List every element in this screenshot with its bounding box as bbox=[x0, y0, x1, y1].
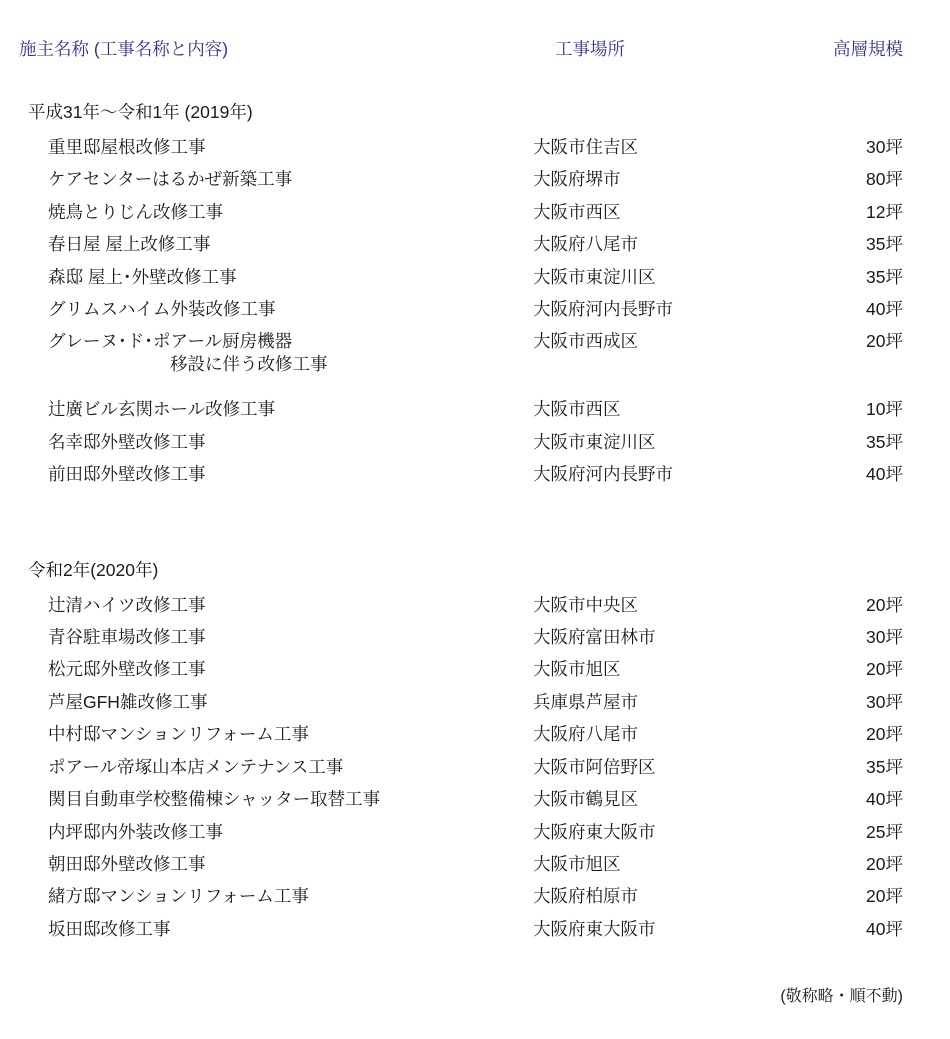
project-name: 重里邸屋根改修工事 bbox=[48, 137, 206, 157]
year-section: 平成31年～令和1年 (2019年) 重里邸屋根改修工事 大阪市住吉区 30坪 … bbox=[19, 103, 903, 491]
project-name-cell: 坂田邸改修工事 bbox=[48, 913, 533, 945]
project-scale: 20坪 bbox=[866, 589, 903, 621]
table-row: 内坪邸内外装改修工事 大阪府東大阪市 25坪 bbox=[19, 816, 903, 848]
project-name-line2: 移設に伴う改修工事 bbox=[48, 353, 533, 376]
footer-note: (敬称略・順不動) bbox=[19, 987, 903, 1006]
table-row: 森邸 屋上･外壁改修工事 大阪市東淀川区 35坪 bbox=[19, 261, 903, 293]
table-row: 関目自動車学校整備棟シャッター取替工事 大阪市鶴見区 40坪 bbox=[19, 783, 903, 815]
project-scale: 20坪 bbox=[866, 718, 903, 750]
project-name-cell: 青谷駐車場改修工事 bbox=[48, 621, 533, 653]
project-location: 大阪市阿倍野区 bbox=[533, 751, 866, 783]
table-row: グリムスハイム外装改修工事 大阪府河内長野市 40坪 bbox=[19, 293, 903, 325]
project-name-cell: 関目自動車学校整備棟シャッター取替工事 bbox=[48, 783, 533, 815]
project-scale: 20坪 bbox=[866, 848, 903, 880]
project-location: 大阪市西成区 bbox=[533, 330, 866, 376]
project-scale: 30坪 bbox=[866, 686, 903, 718]
project-scale: 35坪 bbox=[866, 751, 903, 783]
project-location: 大阪府東大阪市 bbox=[533, 816, 866, 848]
table-row: 春日屋 屋上改修工事 大阪府八尾市 35坪 bbox=[19, 228, 903, 260]
project-scale: 40坪 bbox=[866, 913, 903, 945]
project-scale: 10坪 bbox=[866, 393, 903, 425]
project-scale: 20坪 bbox=[866, 653, 903, 685]
project-scale: 20坪 bbox=[866, 330, 903, 376]
project-scale: 20坪 bbox=[866, 880, 903, 912]
project-name: 関目自動車学校整備棟シャッター取替工事 bbox=[48, 789, 380, 809]
project-location: 大阪府東大阪市 bbox=[533, 913, 866, 945]
project-scale: 40坪 bbox=[866, 783, 903, 815]
project-location: 大阪府河内長野市 bbox=[533, 293, 866, 325]
project-location: 大阪府富田林市 bbox=[533, 621, 866, 653]
project-name-cell: ポアール帝塚山本店メンテナンス工事 bbox=[48, 751, 533, 783]
project-scale: 30坪 bbox=[866, 131, 903, 163]
project-name: グリムスハイム外装改修工事 bbox=[48, 299, 276, 319]
project-scale: 12坪 bbox=[866, 196, 903, 228]
table-row: ケアセンターはるかぜ新築工事 大阪府堺市 80坪 bbox=[19, 163, 903, 195]
project-location: 大阪市東淀川区 bbox=[533, 426, 866, 458]
table-row: 松元邸外壁改修工事 大阪市旭区 20坪 bbox=[19, 653, 903, 685]
table-row: ポアール帝塚山本店メンテナンス工事 大阪市阿倍野区 35坪 bbox=[19, 751, 903, 783]
project-location: 大阪市旭区 bbox=[533, 653, 866, 685]
project-location: 大阪市中央区 bbox=[533, 589, 866, 621]
project-location: 大阪府河内長野市 bbox=[533, 458, 866, 490]
project-name: ケアセンターはるかぜ新築工事 bbox=[48, 169, 292, 189]
project-location: 大阪市西区 bbox=[533, 196, 866, 228]
project-location: 大阪府八尾市 bbox=[533, 228, 866, 260]
project-name: ポアール帝塚山本店メンテナンス工事 bbox=[48, 757, 343, 777]
table-row: 青谷駐車場改修工事 大阪府富田林市 30坪 bbox=[19, 621, 903, 653]
project-name-cell: 松元邸外壁改修工事 bbox=[48, 653, 533, 685]
project-location: 兵庫県芦屋市 bbox=[533, 686, 866, 718]
project-name: 松元邸外壁改修工事 bbox=[48, 659, 206, 679]
project-location: 大阪府堺市 bbox=[533, 163, 866, 195]
project-name: 青谷駐車場改修工事 bbox=[48, 627, 206, 647]
project-name-cell: 朝田邸外壁改修工事 bbox=[48, 848, 533, 880]
project-name: 森邸 屋上･外壁改修工事 bbox=[48, 267, 237, 287]
column-header-location: 工事場所 bbox=[555, 40, 833, 59]
project-name: 辻清ハイツ改修工事 bbox=[48, 595, 206, 615]
project-location: 大阪府柏原市 bbox=[533, 880, 866, 912]
section-title: 令和2年(2020年) bbox=[19, 561, 903, 580]
project-name-cell: 緒方邸マンションリフォーム工事 bbox=[48, 880, 533, 912]
project-location: 大阪市住吉区 bbox=[533, 131, 866, 163]
project-name-cell: グリムスハイム外装改修工事 bbox=[48, 293, 533, 325]
project-location: 大阪市旭区 bbox=[533, 848, 866, 880]
project-name-cell: 芦屋GFH雑改修工事 bbox=[48, 686, 533, 718]
table-row: 坂田邸改修工事 大阪府東大阪市 40坪 bbox=[19, 913, 903, 945]
project-name-cell: 重里邸屋根改修工事 bbox=[48, 131, 533, 163]
project-location: 大阪市東淀川区 bbox=[533, 261, 866, 293]
table-row: 重里邸屋根改修工事 大阪市住吉区 30坪 bbox=[19, 131, 903, 163]
project-name-cell: 内坪邸内外装改修工事 bbox=[48, 816, 533, 848]
project-name-cell: 焼鳥とりじん改修工事 bbox=[48, 196, 533, 228]
table-row: グレーヌ･ド･ポアール厨房機器 移設に伴う改修工事 大阪市西成区 20坪 bbox=[19, 325, 903, 393]
project-location: 大阪市西区 bbox=[533, 393, 866, 425]
project-location: 大阪府八尾市 bbox=[533, 718, 866, 750]
project-name-cell: 名幸邸外壁改修工事 bbox=[48, 426, 533, 458]
project-location: 大阪市鶴見区 bbox=[533, 783, 866, 815]
project-name-cell: 辻廣ビル玄関ホール改修工事 bbox=[48, 393, 533, 425]
project-name: 春日屋 屋上改修工事 bbox=[48, 234, 210, 254]
project-name: 緒方邸マンションリフォーム工事 bbox=[48, 886, 309, 906]
table-row: 辻清ハイツ改修工事 大阪市中央区 20坪 bbox=[19, 589, 903, 621]
project-name-cell: ケアセンターはるかぜ新築工事 bbox=[48, 163, 533, 195]
section-title: 平成31年～令和1年 (2019年) bbox=[19, 103, 903, 122]
project-name-cell: 前田邸外壁改修工事 bbox=[48, 458, 533, 490]
table-row: 朝田邸外壁改修工事 大阪市旭区 20坪 bbox=[19, 848, 903, 880]
project-scale: 40坪 bbox=[866, 293, 903, 325]
project-name: 名幸邸外壁改修工事 bbox=[48, 432, 206, 452]
column-header-scale: 高層規模 bbox=[833, 40, 903, 59]
table-row: 辻廣ビル玄関ホール改修工事 大阪市西区 10坪 bbox=[19, 393, 903, 425]
table-row: 名幸邸外壁改修工事 大阪市東淀川区 35坪 bbox=[19, 426, 903, 458]
sections-container: 平成31年～令和1年 (2019年) 重里邸屋根改修工事 大阪市住吉区 30坪 … bbox=[19, 103, 903, 945]
section-rows: 辻清ハイツ改修工事 大阪市中央区 20坪 青谷駐車場改修工事 大阪府富田林市 3… bbox=[19, 589, 903, 945]
table-row: 前田邸外壁改修工事 大阪府河内長野市 40坪 bbox=[19, 458, 903, 490]
project-name: 芦屋GFH雑改修工事 bbox=[48, 692, 207, 712]
project-scale: 35坪 bbox=[866, 261, 903, 293]
table-row: 焼鳥とりじん改修工事 大阪市西区 12坪 bbox=[19, 196, 903, 228]
project-name-cell: 春日屋 屋上改修工事 bbox=[48, 228, 533, 260]
project-name-cell: 中村邸マンションリフォーム工事 bbox=[48, 718, 533, 750]
column-header-owner-name: 施主名称 (工事名称と内容) bbox=[19, 40, 555, 59]
construction-works-list-page: 施主名称 (工事名称と内容) 工事場所 高層規模 平成31年～令和1年 (201… bbox=[0, 0, 950, 1039]
project-scale: 40坪 bbox=[866, 458, 903, 490]
project-name: グレーヌ･ド･ポアール厨房機器 bbox=[48, 331, 292, 351]
project-name: 内坪邸内外装改修工事 bbox=[48, 822, 223, 842]
project-name: 朝田邸外壁改修工事 bbox=[48, 854, 206, 874]
project-scale: 35坪 bbox=[866, 426, 903, 458]
table-header: 施主名称 (工事名称と内容) 工事場所 高層規模 bbox=[19, 40, 903, 59]
project-name-cell: グレーヌ･ド･ポアール厨房機器 移設に伴う改修工事 bbox=[48, 330, 533, 376]
table-row: 芦屋GFH雑改修工事 兵庫県芦屋市 30坪 bbox=[19, 686, 903, 718]
project-name: 坂田邸改修工事 bbox=[48, 919, 171, 939]
year-section: 令和2年(2020年) 辻清ハイツ改修工事 大阪市中央区 20坪 青谷駐車場改修… bbox=[19, 561, 903, 945]
project-scale: 30坪 bbox=[866, 621, 903, 653]
project-name: 前田邸外壁改修工事 bbox=[48, 464, 206, 484]
project-name: 辻廣ビル玄関ホール改修工事 bbox=[48, 399, 275, 419]
project-name: 中村邸マンションリフォーム工事 bbox=[48, 724, 309, 744]
table-row: 中村邸マンションリフォーム工事 大阪府八尾市 20坪 bbox=[19, 718, 903, 750]
section-rows: 重里邸屋根改修工事 大阪市住吉区 30坪 ケアセンターはるかぜ新築工事 大阪府堺… bbox=[19, 131, 903, 491]
project-name-cell: 森邸 屋上･外壁改修工事 bbox=[48, 261, 533, 293]
table-row: 緒方邸マンションリフォーム工事 大阪府柏原市 20坪 bbox=[19, 880, 903, 912]
project-scale: 35坪 bbox=[866, 228, 903, 260]
project-scale: 80坪 bbox=[866, 163, 903, 195]
project-name: 焼鳥とりじん改修工事 bbox=[48, 202, 223, 222]
project-name-cell: 辻清ハイツ改修工事 bbox=[48, 589, 533, 621]
project-scale: 25坪 bbox=[866, 816, 903, 848]
